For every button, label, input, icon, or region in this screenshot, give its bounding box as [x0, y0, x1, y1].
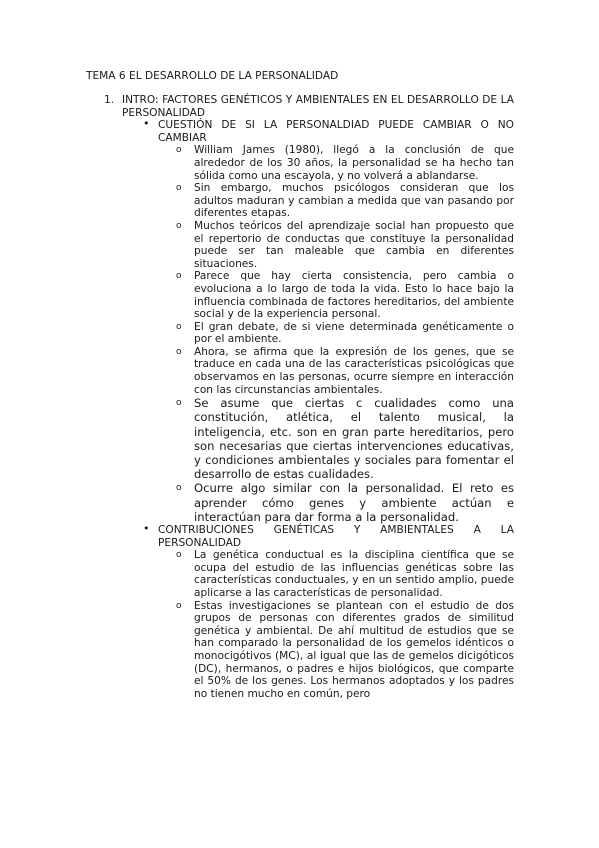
- circle-bullet-icon: o: [176, 346, 182, 359]
- subsection-heading: CUESTIÓN DE SI LA PERSONALDIAD PUEDE CAM…: [158, 119, 514, 144]
- list-item-text: Muchos teóricos del aprendizaje social h…: [194, 220, 514, 270]
- circle-bullet-icon: o: [176, 144, 182, 157]
- list-item: o William James (1980), llegó a la concl…: [86, 144, 514, 182]
- list-item: o Parece que hay cierta consistencia, pe…: [86, 270, 514, 320]
- bullet-icon: •: [143, 523, 150, 536]
- document-page: TEMA 6 EL DESARROLLO DE LA PERSONALIDAD …: [0, 0, 599, 848]
- circle-bullet-icon: o: [176, 549, 182, 562]
- circle-bullet-icon: o: [176, 270, 182, 283]
- list-item: o Sin embargo, muchos psicólogos conside…: [86, 182, 514, 220]
- subsection-heading-item: • CONTRIBUCIONES GENÉTICAS Y AMBIENTALES…: [86, 524, 514, 549]
- section-heading: INTRO: FACTORES GENÉTICOS Y AMBIENTALES …: [122, 94, 514, 119]
- document-title: TEMA 6 EL DESARROLLO DE LA PERSONALIDAD: [86, 70, 338, 83]
- circle-bullet-icon: o: [176, 220, 182, 233]
- list-item-text: Ocurre algo similar con la personalidad.…: [194, 481, 514, 524]
- circle-bullet-icon: o: [176, 600, 182, 613]
- list-item-text: William James (1980), llegó a la conclus…: [194, 144, 514, 182]
- list-item: o Se asume que ciertas c cualidades como…: [86, 396, 514, 481]
- list-item: o Ahora, se afirma que la expresión de l…: [86, 346, 514, 396]
- list-item: o El gran debate, de si viene determinad…: [86, 321, 514, 346]
- list-item: o La genética conductual es la disciplin…: [86, 549, 514, 599]
- circle-bullet-icon: o: [176, 182, 182, 195]
- list-item: o Estas investigaciones se plantean con …: [86, 600, 514, 701]
- list-item-text: Parece que hay cierta consistencia, pero…: [194, 270, 514, 320]
- list-item-text: El gran debate, de si viene determinada …: [194, 321, 514, 346]
- circle-bullet-icon: o: [176, 321, 182, 334]
- list-item-text: Se asume que ciertas c cualidades como u…: [194, 396, 514, 481]
- list-item-text: Sin embargo, muchos psicólogos considera…: [194, 182, 514, 220]
- list-item-text: Estas investigaciones se plantean con el…: [194, 600, 514, 701]
- section-1: 1. INTRO: FACTORES GENÉTICOS Y AMBIENTAL…: [86, 94, 514, 119]
- list-item: o Muchos teóricos del aprendizaje social…: [86, 220, 514, 270]
- list-item-text: La genética conductual es la disciplina …: [194, 549, 514, 599]
- circle-bullet-icon: o: [176, 396, 182, 410]
- bullet-icon: •: [143, 118, 150, 131]
- subsection-heading: CONTRIBUCIONES GENÉTICAS Y AMBIENTALES A…: [158, 524, 514, 549]
- subsection-heading-item: • CUESTIÓN DE SI LA PERSONALDIAD PUEDE C…: [86, 119, 514, 144]
- list-item: o Ocurre algo similar con la personalida…: [86, 481, 514, 524]
- circle-bullet-icon: o: [176, 481, 182, 495]
- document-body: 1. INTRO: FACTORES GENÉTICOS Y AMBIENTAL…: [86, 94, 514, 700]
- numbered-list-marker: 1.: [104, 94, 114, 107]
- list-item-text: Ahora, se afirma que la expresión de los…: [194, 346, 514, 396]
